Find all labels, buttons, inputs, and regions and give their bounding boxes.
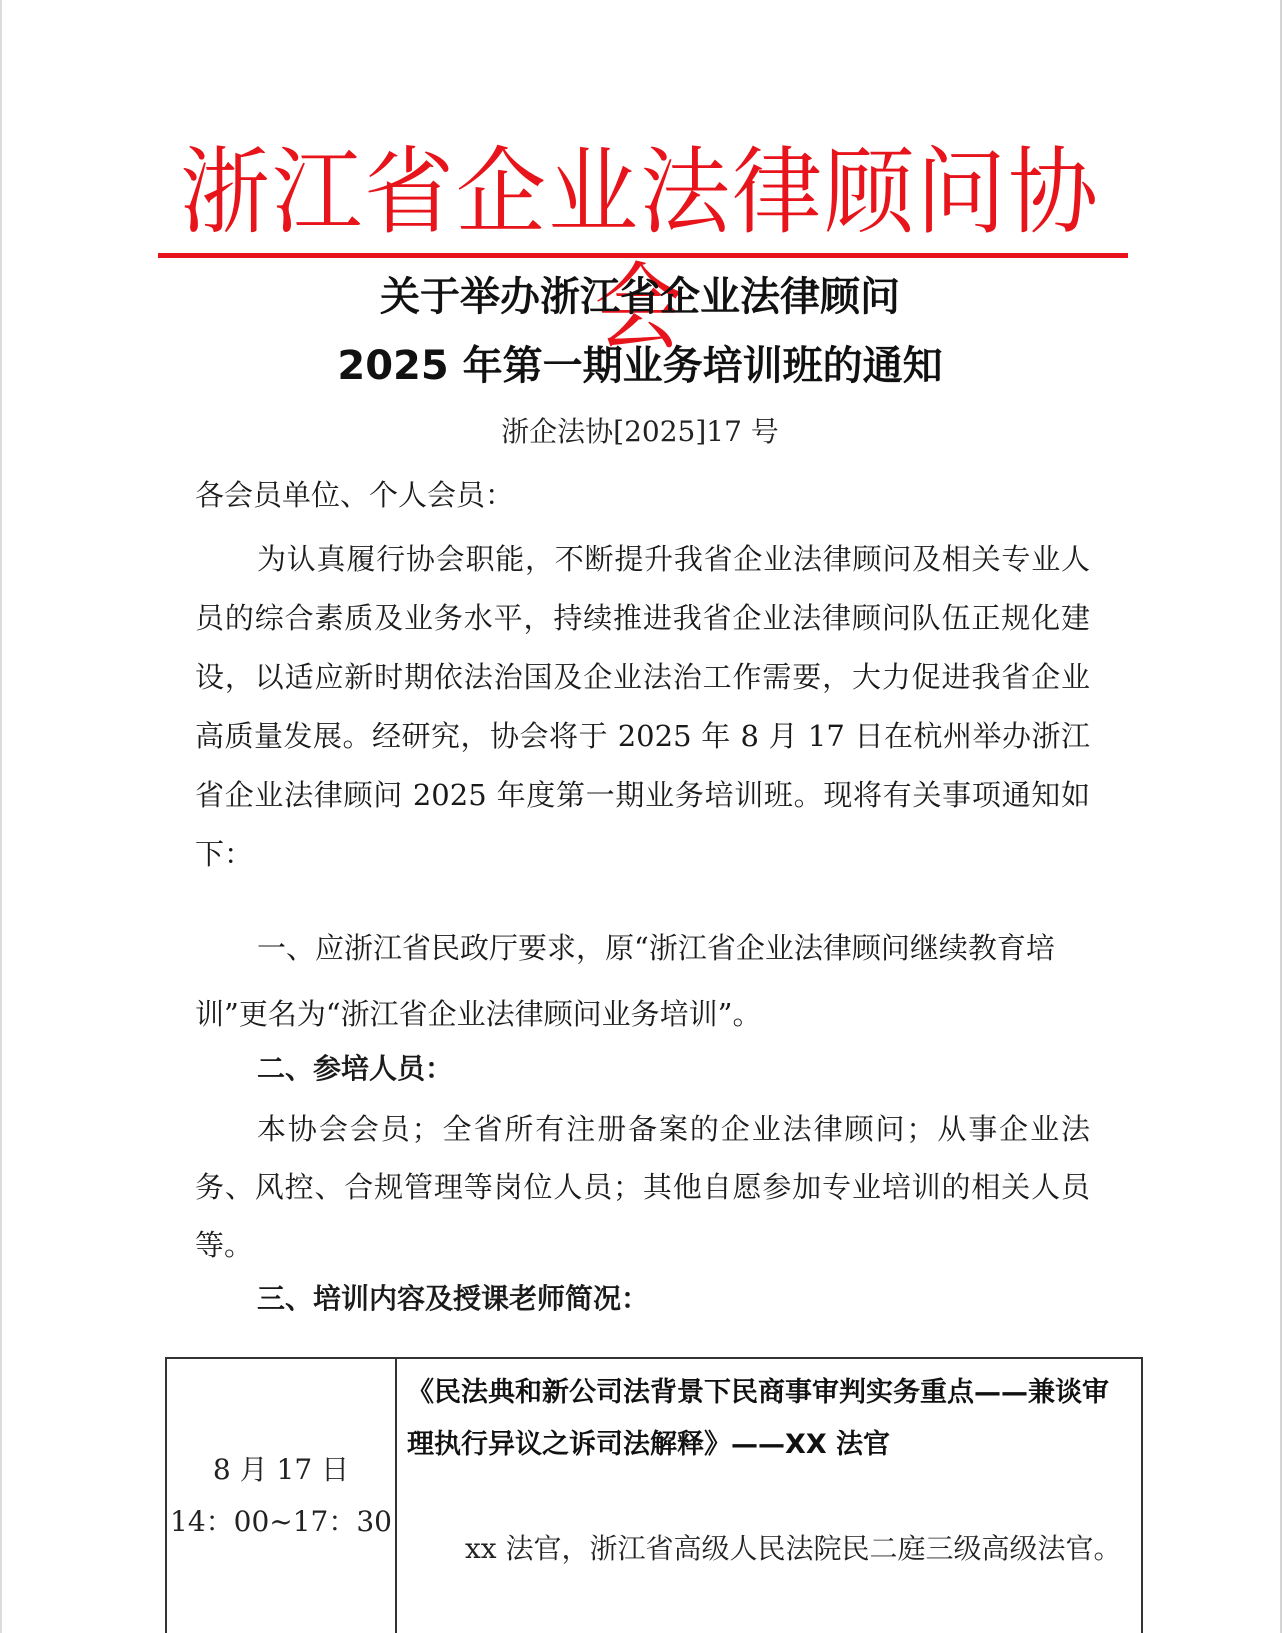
- document-number: 浙企法协[2025]17 号: [150, 412, 1130, 452]
- organization-letterhead: 浙江省企业法律顾问协会: [150, 135, 1130, 251]
- section2-heading: 二、参培人员：: [195, 1046, 1090, 1092]
- schedule-time-cell: 8 月 17 日 14：00~17：30: [166, 1358, 396, 1633]
- training-schedule-table: 8 月 17 日 14：00~17：30 《民法典和新公司法背景下民商事审判实务…: [165, 1357, 1143, 1633]
- lecturer-bio: xx 法官，浙江省高级人民法院民二庭三级高级法官。: [407, 1523, 1131, 1575]
- page-edge-right: [1280, 0, 1282, 1633]
- section3-heading: 三、培训内容及授课老师简况：: [195, 1276, 1090, 1322]
- notice-title-line1: 关于举办浙江省企业法律顾问: [150, 273, 1130, 321]
- intro-paragraph: 为认真履行协会职能，不断提升我省企业法律顾问及相关专业人员的综合素质及业务水平，…: [195, 530, 1090, 884]
- schedule-content-cell: 《民法典和新公司法背景下民商事审判实务重点——兼谈审理执行异议之诉司法解释》——…: [396, 1358, 1142, 1633]
- salutation: 各会员单位、个人会员：: [195, 472, 1090, 518]
- section2-paragraph: 本协会会员；全省所有注册备案的企业法律顾问；从事企业法务、风控、合规管理等岗位人…: [195, 1100, 1090, 1274]
- session-date: 8 月 17 日: [167, 1444, 395, 1496]
- page-edge-left: [0, 0, 2, 1633]
- letterhead-divider: [158, 253, 1128, 258]
- section1-paragraph: 一、应浙江省民政厅要求，原“浙江省企业法律顾问继续教育培训”更名为“浙江省企业法…: [195, 915, 1090, 1047]
- notice-title-line2: 2025 年第一期业务培训班的通知: [150, 342, 1130, 390]
- course-title: 《民法典和新公司法背景下民商事审判实务重点——兼谈审理执行异议之诉司法解释》——…: [407, 1367, 1131, 1471]
- table-row: 8 月 17 日 14：00~17：30 《民法典和新公司法背景下民商事审判实务…: [166, 1358, 1142, 1633]
- session-time: 14：00~17：30: [167, 1496, 395, 1548]
